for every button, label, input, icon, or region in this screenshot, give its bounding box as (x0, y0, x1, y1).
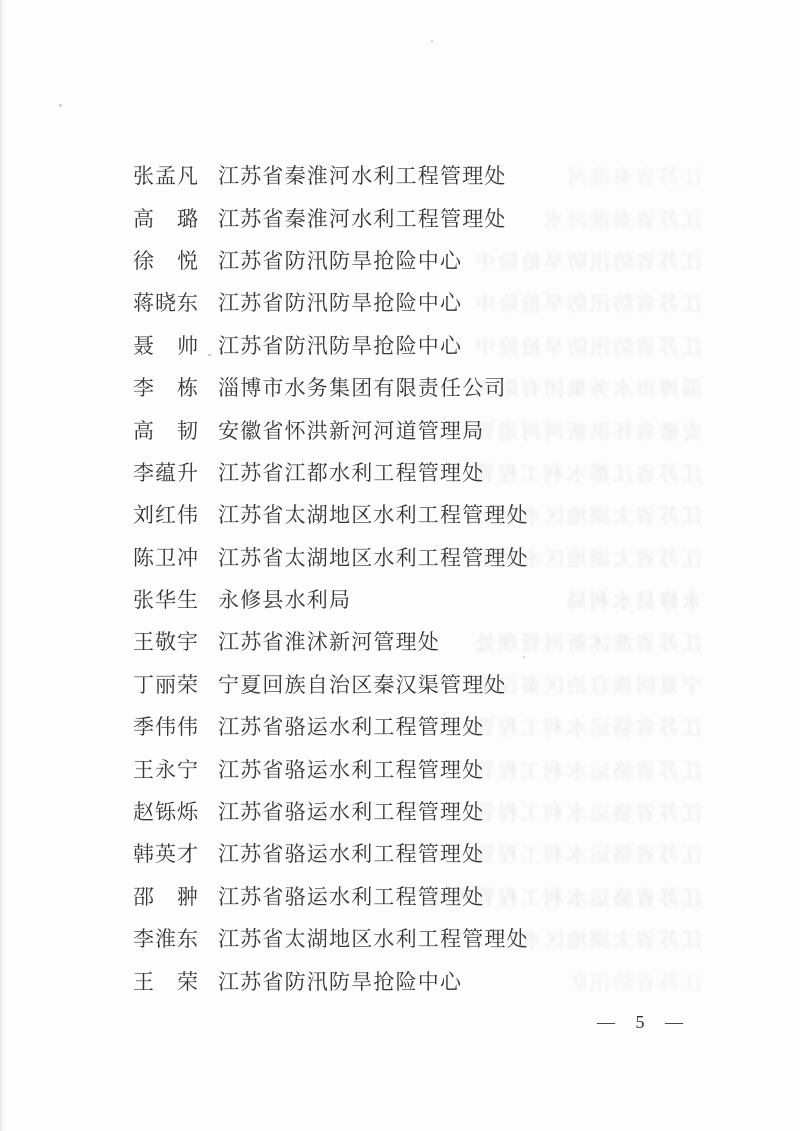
person-name: 张孟凡 (133, 160, 200, 190)
roster-row: 李 栋 淄博市水务集团有限责任公司 淄博市水务集团有限责任公司 (133, 366, 800, 408)
bleedthrough-artifact: 江苏省淮沭新河管理处 (422, 627, 702, 656)
roster-row: 聂 帅 江苏省防汛防旱抢险中心 江苏省防汛防旱抢险中心 (133, 324, 800, 366)
organization-name: 江苏省骆运水利工程管理处 (218, 881, 484, 911)
organization-name: 宁夏回族自治区秦汉渠管理处 (218, 669, 507, 699)
bleedthrough-artifact: 江苏省骆运水利工程管理处 (477, 754, 702, 783)
roster-row: 陈卫冲 江苏省太湖地区水利工程管理处 江苏省太湖地区水利工程管理处 (133, 536, 800, 578)
person-name: 邵 翀 (133, 881, 200, 911)
roster-row: 刘红伟 江苏省太湖地区水利工程管理处 江苏省太湖地区水利工程管理处 (133, 493, 800, 535)
person-name: 蒋晓东 (133, 287, 200, 317)
organization-name: 江苏省防汛防旱抢险中心 (218, 330, 462, 360)
bleedthrough-artifact: 淄博市水务集团有限责任公司 (477, 373, 702, 402)
person-name: 高 韧 (133, 415, 200, 445)
scan-speck (431, 40, 433, 42)
person-name: 聂 帅 (133, 330, 200, 360)
organization-name: 江苏省江都水利工程管理处 (218, 457, 484, 487)
roster-row: 韩英才 江苏省骆运水利工程管理处 江苏省骆运水利工程管理处 (133, 832, 800, 874)
person-name: 王敬宇 (133, 626, 200, 656)
bleedthrough-artifact: 江苏省秦淮河水利工程管理处 (562, 161, 702, 190)
bleedthrough-artifact: 江苏省骆运水利工程管理处 (477, 839, 702, 868)
bleedthrough-artifact: 安徽省怀洪新河河道管理局 (477, 415, 702, 444)
roster-row: 王 荣 江苏省防汛防旱抢险中心 江苏省防汛防旱抢险中心 (133, 959, 800, 1001)
roster-row: 王永宁 江苏省骆运水利工程管理处 江苏省骆运水利工程管理处 (133, 747, 800, 789)
person-name: 陈卫冲 (133, 542, 200, 572)
roster-row: 徐 悦 江苏省防汛防旱抢险中心 江苏省防汛防旱抢险中心 (133, 239, 800, 281)
organization-name: 江苏省秦淮河水利工程管理处 (218, 203, 507, 233)
person-name: 王永宁 (133, 754, 200, 784)
bleedthrough-artifact: 宁夏回族自治区秦汉渠管理处 (477, 669, 702, 698)
bleedthrough-artifact: 江苏省防汛防旱抢险中心 (477, 288, 702, 317)
person-name: 丁丽荣 (133, 669, 200, 699)
roster-row: 季伟伟 江苏省骆运水利工程管理处 江苏省骆运水利工程管理处 (133, 705, 800, 747)
organization-name: 江苏省骆运水利工程管理处 (218, 754, 484, 784)
roster-row: 赵铄烁 江苏省骆运水利工程管理处 江苏省骆运水利工程管理处 (133, 790, 800, 832)
organization-name: 江苏省防汛防旱抢险中心 (218, 966, 462, 996)
bleedthrough-artifact: 江苏省骆运水利工程管理处 (477, 712, 702, 741)
bleedthrough-artifact: 江苏省防汛防旱抢险中心 (477, 245, 702, 274)
organization-name: 江苏省防汛防旱抢险中心 (218, 287, 462, 317)
bleedthrough-artifact: 江苏省太湖地区水利工程管理处 (512, 924, 702, 953)
roster-row: 丁丽荣 宁夏回族自治区秦汉渠管理处 宁夏回族自治区秦汉渠管理处 (133, 663, 800, 705)
organization-name: 江苏省太湖地区水利工程管理处 (218, 923, 529, 953)
scanner-edge-shadow (0, 0, 6, 1131)
person-name: 王 荣 (133, 966, 200, 996)
organization-name: 江苏省太湖地区水利工程管理处 (218, 499, 529, 529)
organization-name: 江苏省秦淮河水利工程管理处 (218, 160, 507, 190)
person-name: 赵铄烁 (133, 796, 200, 826)
organization-name: 永修县水利局 (218, 584, 351, 614)
page-number: — 5 — (597, 1012, 684, 1033)
bleedthrough-artifact: 江苏省秦淮河水利工程管理处 (542, 203, 702, 232)
roster-row: 王敬宇 江苏省淮沭新河管理处 江苏省淮沭新河管理处 (133, 620, 800, 662)
bleedthrough-artifact: 江苏省防汛防旱抢险中心 (477, 330, 702, 359)
person-name: 李 栋 (133, 372, 200, 402)
bleedthrough-artifact: 永修县水利局 (362, 585, 702, 614)
roster-row: 高 韧 安徽省怀洪新河河道管理局 安徽省怀洪新河河道管理局 (133, 408, 800, 450)
roster-row: 邵 翀 江苏省骆运水利工程管理处 江苏省骆运水利工程管理处 (133, 875, 800, 917)
roster-row: 张华生 永修县水利局 永修县水利局 (133, 578, 800, 620)
organization-name: 江苏省骆运水利工程管理处 (218, 838, 484, 868)
person-name: 刘红伟 (133, 499, 200, 529)
person-name: 韩英才 (133, 838, 200, 868)
bleedthrough-artifact: 江苏省骆运水利工程管理处 (477, 797, 702, 826)
person-name: 张华生 (133, 584, 200, 614)
roster-row: 李蕴升 江苏省江都水利工程管理处 江苏省江都水利工程管理处 (133, 451, 800, 493)
person-name: 李蕴升 (133, 457, 200, 487)
bleedthrough-artifact: 江苏省江都水利工程管理处 (477, 457, 702, 486)
roster-row: 李淮东 江苏省太湖地区水利工程管理处 江苏省太湖地区水利工程管理处 (133, 917, 800, 959)
organization-name: 江苏省骆运水利工程管理处 (218, 711, 484, 741)
organization-name: 江苏省防汛防旱抢险中心 (218, 245, 462, 275)
organization-name: 江苏省太湖地区水利工程管理处 (218, 542, 529, 572)
person-name: 高 璐 (133, 203, 200, 233)
roster-row: 蒋晓东 江苏省防汛防旱抢险中心 江苏省防汛防旱抢险中心 (133, 281, 800, 323)
person-name: 李淮东 (133, 923, 200, 953)
scan-speck (59, 104, 62, 107)
person-name: 徐 悦 (133, 245, 200, 275)
organization-name: 江苏省淮沭新河管理处 (218, 626, 440, 656)
organization-name: 淄博市水务集团有限责任公司 (218, 372, 507, 402)
roster-row: 高 璐 江苏省秦淮河水利工程管理处 江苏省秦淮河水利工程管理处 (133, 196, 800, 238)
person-name: 季伟伟 (133, 711, 200, 741)
organization-name: 江苏省骆运水利工程管理处 (218, 796, 484, 826)
bleedthrough-artifact: 江苏省防汛防旱抢险中心 (572, 966, 702, 995)
organization-name: 安徽省怀洪新河河道管理局 (218, 415, 484, 445)
roster-row: 张孟凡 江苏省秦淮河水利工程管理处 江苏省秦淮河水利工程管理处 (133, 154, 800, 196)
roster-list: 张孟凡 江苏省秦淮河水利工程管理处 江苏省秦淮河水利工程管理处 高 璐 江苏省秦… (133, 154, 800, 1002)
